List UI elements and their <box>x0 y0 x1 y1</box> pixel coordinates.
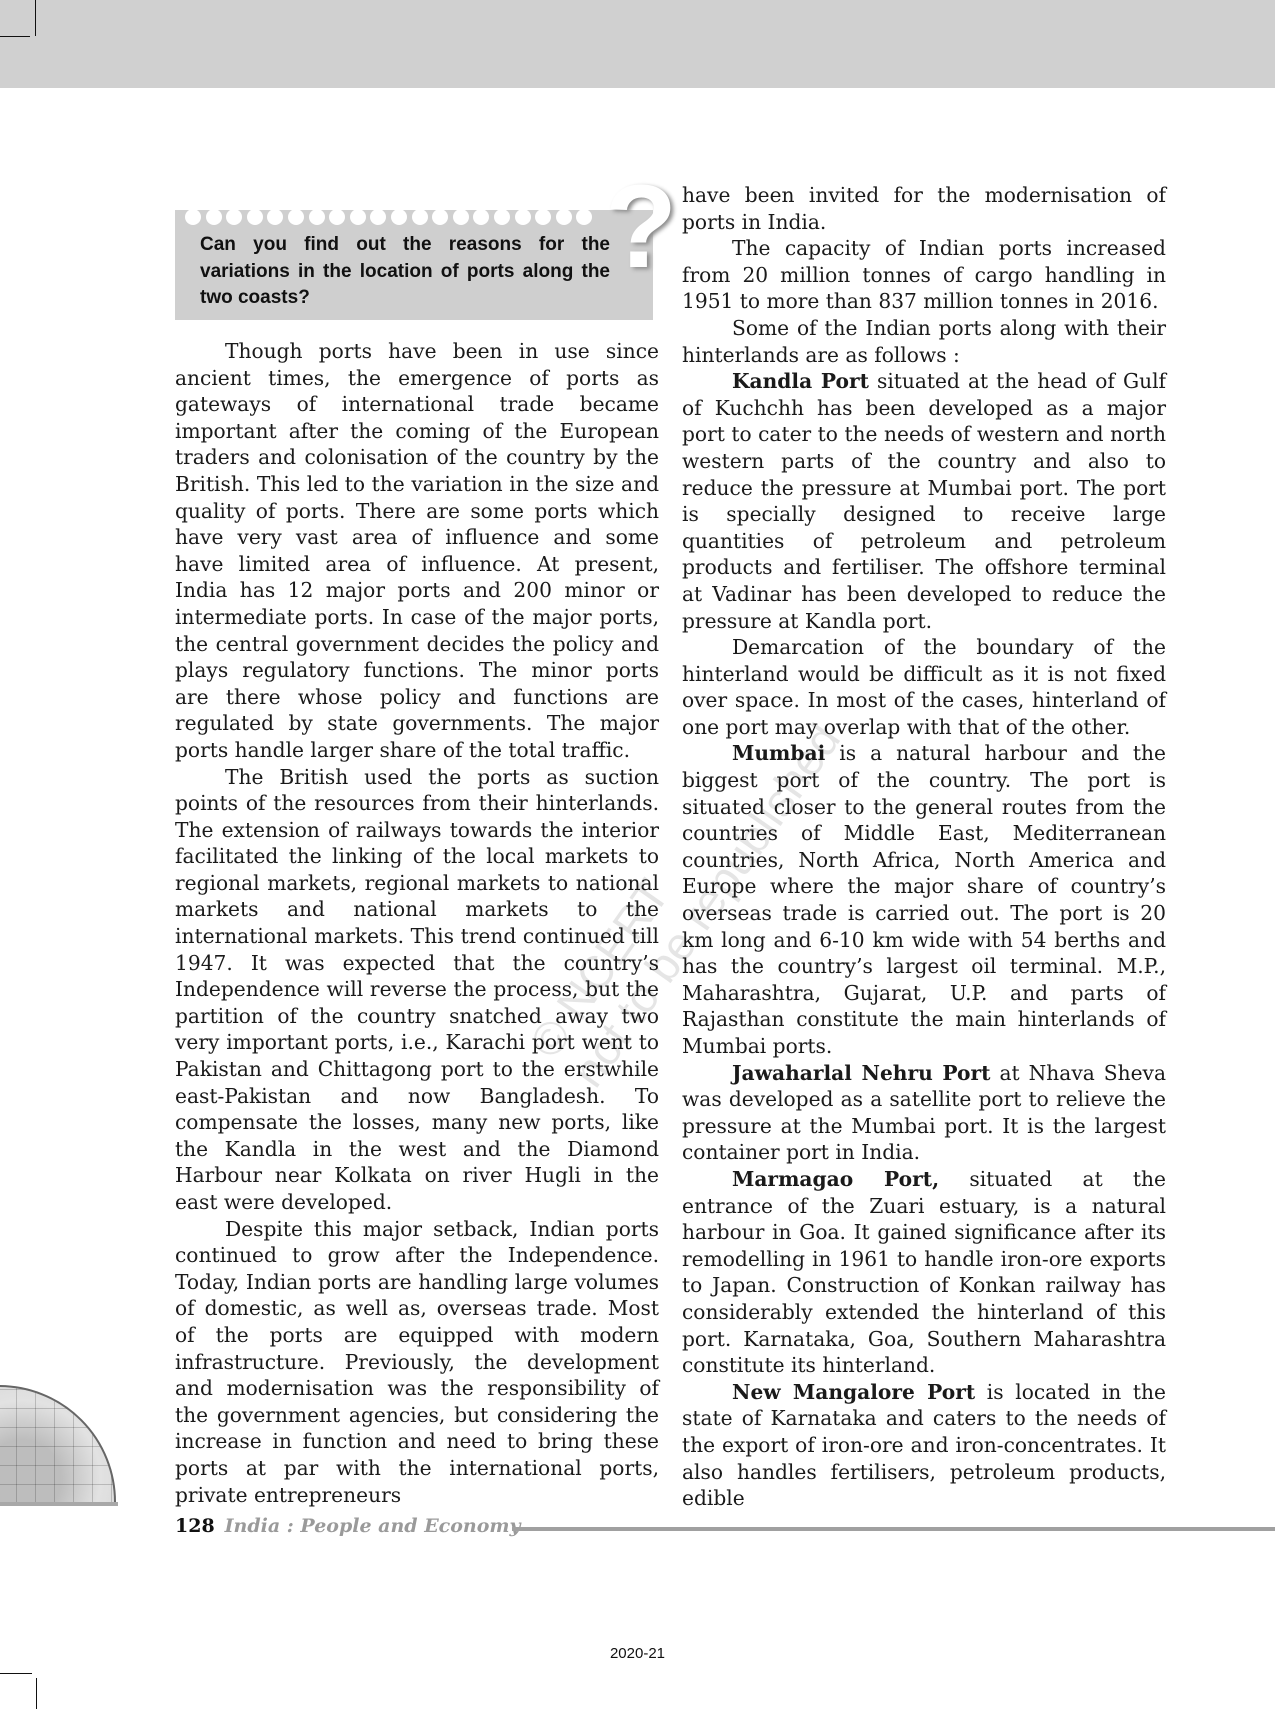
port-jnpt: Jawaharlal Nehru Port at Nhava Sheva was… <box>682 1060 1166 1166</box>
question-mark-icon: ? <box>605 168 677 286</box>
paragraph-post-independence: Despite this major setback, Indian ports… <box>175 1216 659 1509</box>
crop-mark-top-left-h <box>0 36 30 37</box>
question-box: Can you find out the reasons for the var… <box>175 210 653 320</box>
port-name: Jawaharlal Nehru Port <box>732 1061 990 1085</box>
top-margin-band <box>0 0 1275 88</box>
footer-rule <box>512 1527 1275 1531</box>
port-description: is a natural harbour and the biggest por… <box>682 741 1166 1058</box>
globe-base-rule <box>0 1502 118 1506</box>
paragraph-british-ports: The British used the ports as suction po… <box>175 764 659 1216</box>
crop-mark-bottom-left-v <box>36 1678 37 1709</box>
port-marmagao: Marmagao Port, situated at the entrance … <box>682 1166 1166 1379</box>
crop-mark-top-left-v <box>35 0 36 36</box>
paragraph-capacity: The capacity of Indian ports increased f… <box>682 235 1166 315</box>
question-box-dots <box>185 210 592 232</box>
crop-mark-bottom-left-h <box>0 1673 32 1674</box>
left-column: Though ports have been in use since anci… <box>175 338 659 1508</box>
port-description: situated at the entrance of the Zuari es… <box>682 1167 1166 1377</box>
page-footer: 128 India : People and Economy <box>175 1507 521 1537</box>
port-name: New Mangalore Port <box>732 1380 975 1404</box>
port-name: Kandla Port <box>732 369 869 393</box>
paragraph-intro-ports: Some of the Indian ports along with thei… <box>682 315 1166 368</box>
port-kandla: Kandla Port situated at the head of Gulf… <box>682 368 1166 634</box>
globe-icon <box>0 1385 118 1503</box>
paragraph-demarcation: Demarcation of the boundary of the hinte… <box>682 634 1166 740</box>
paragraph-ports-history: Though ports have been in use since anci… <box>175 338 659 764</box>
page-number: 128 <box>175 1515 215 1537</box>
port-name: Mumbai <box>732 741 825 765</box>
question-text: Can you find out the reasons for the var… <box>200 232 610 312</box>
right-column: have been invited for the modernisation … <box>682 182 1166 1512</box>
port-mumbai: Mumbai is a natural harbour and the bigg… <box>682 740 1166 1059</box>
port-description: situated at the head of Gulf of Kuchchh … <box>682 369 1166 632</box>
book-title: India : People and Economy <box>225 1515 521 1537</box>
port-new-mangalore: New Mangalore Port is located in the sta… <box>682 1379 1166 1512</box>
paragraph-continuation: have been invited for the modernisation … <box>682 182 1166 235</box>
port-name: Marmagao Port, <box>732 1167 939 1191</box>
year-label: 2020-21 <box>0 1645 1275 1662</box>
